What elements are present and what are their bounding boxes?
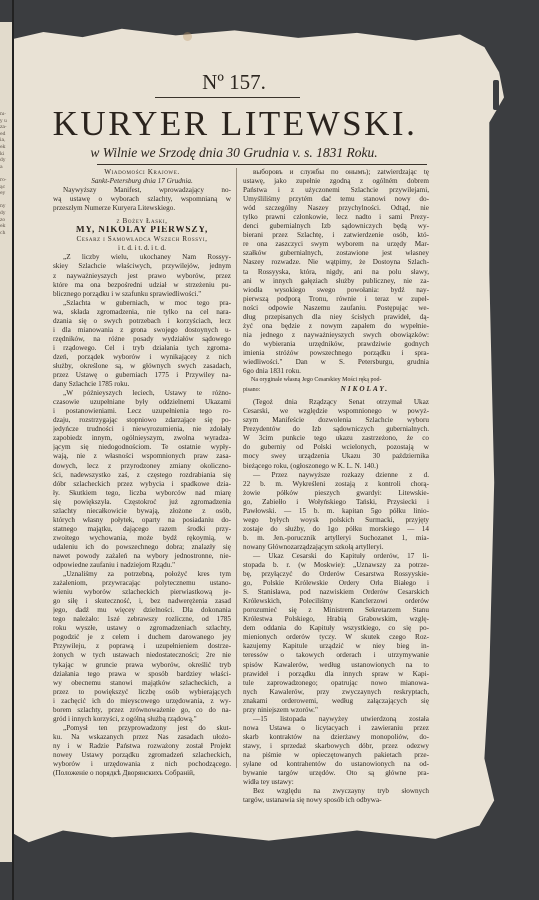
paragraph: „W późnieyszych leciech, Ustawy te różno… <box>53 389 231 570</box>
paragraph: —15 listopada naywyżey utwierdzoną zosta… <box>243 715 429 787</box>
section-heading: Wiadomości Krajowe. <box>53 168 231 177</box>
paragraph: „Z liczby wielu, ukochaney Nam Rossyy-sk… <box>53 253 231 298</box>
paragraph: — Przez naywyższe rozkazy dzienne z d.22… <box>243 471 429 552</box>
text-line: Cesarski, we względzie wspomnionego w po… <box>243 407 429 416</box>
text-line: skarb kontraktów na dzierżawy monopoliów… <box>243 733 429 742</box>
text-line: re ona zaszczyci swym wyborem na urzędy … <box>243 240 429 249</box>
paragraph: Bez względu na zwyczayny tryb słownychta… <box>243 787 429 805</box>
text-line: 22 b. m. Wykreśleni zostają z kontroli c… <box>243 480 429 489</box>
text-line: jącym się niedogodnościom. Te ostatnie w… <box>53 443 231 452</box>
text-line: stopada b. r. (w Moskwie): „Uznawszy za … <box>243 561 429 570</box>
text-line: nawet powody zażaleń na wybory jednostro… <box>53 552 231 561</box>
text-line: Królewskich, Poleciliśmy Kanclerzowi ord… <box>243 597 429 606</box>
text-line: nowey Ustawy porządku zgromadzeń szlache… <box>53 751 231 760</box>
text-line: jego, dadź mu więcey dzielności. Dla dok… <box>53 606 231 615</box>
text-line: działania tego prawa w sposób bardziey w… <box>53 670 231 679</box>
text-line: służby, określone są, w głównych swych z… <box>53 362 231 371</box>
text-line: bierani przez Szlachtę, i zatwierdzenie … <box>243 231 429 240</box>
paper-stain <box>183 32 192 41</box>
text-line: mienionych orderów tyczy. W skutek czego… <box>243 633 429 642</box>
text-line: targów, ustanawia się nowy sposób ich od… <box>243 796 429 805</box>
text-line: dany Szlachcie 1785 roku. <box>53 380 231 389</box>
header-divider <box>97 164 427 165</box>
intro-paragraph: Naywyższy Manifest, wprowadzający no-wą … <box>53 186 231 213</box>
text-line: dem oddania do Kapituły wszystkiego, co … <box>243 624 429 633</box>
text-line: nia jednego z nayważnieyszych swych obow… <box>243 331 429 340</box>
left-column: Wiadomości Krajowe. Sankt-Petersburg dni… <box>53 168 231 778</box>
text-line: roku wyszłe, ustawy o zgromadzeniach szl… <box>53 624 231 633</box>
text-line: wyborów i urzędowania z nich pochodząceg… <box>53 760 231 769</box>
column-divider <box>236 168 237 768</box>
text-line: zwoitego wychowania, może bydź rękoymią,… <box>53 534 231 543</box>
emperor-name: MY, NIKOLAY PIERWSZY, <box>53 226 231 235</box>
text-line: pogodzić je z celem i duchem darowanego … <box>53 633 231 642</box>
text-line: wiodła wysokiego swego powołania: bydź n… <box>243 286 429 295</box>
text-line: żonych w tych ustawach niedostateczności… <box>53 651 231 660</box>
text-line: wają, nie z własności wspomnionych praw … <box>53 452 231 461</box>
paragraph: „Szlachta w guberniach, w moc tego pra-w… <box>53 299 231 389</box>
by-grace: z Bożey Łaski, <box>53 217 231 226</box>
place-date: Sankt-Petersburg dnia 17 Grudnia. <box>53 177 231 186</box>
text-line: „Pomysł ten przyprowadzony jest do skut- <box>53 724 231 733</box>
text-line: dzania się o swych potrzebach i korzyści… <box>53 317 231 326</box>
text-line: Królestwa Polskiego, Hrabią Grabowskim, … <box>243 615 429 624</box>
text-line: Państwa i z użyczonemi Szlachcie przywil… <box>243 186 429 195</box>
text-line: Naywyższy Manifest, wprowadzający no- <box>53 186 231 195</box>
text-line: ani w innych gałęziach służby publiczney… <box>243 277 429 286</box>
text-line: widła tey ustawy: <box>243 778 429 787</box>
text-line: Przywileju, z poprawą i uzupełnieniem do… <box>53 642 231 651</box>
text-line: i zachęcić ich do mieyscowego urzędowani… <box>53 697 231 706</box>
text-line: bieżącego roku, (ogłoszonego w K. L. N. … <box>243 462 429 471</box>
paragraph: выборовъ и службы по онымъ); zatwierdzaj… <box>243 168 429 376</box>
text-line: (Tegoż dnia Rządzący Senat otrzymał Ukaz <box>243 398 429 407</box>
text-line: nych Kawalerów, przy zwyczaynych reskryp… <box>243 688 429 697</box>
text-line: — Przez naywyższe rozkazy dzienne z d. <box>243 471 429 480</box>
previous-page-text-strip: ni- y u za- ed ia, ek ki dy a ro- ąc ey … <box>0 112 10 237</box>
newspaper-title: KURYER LITEWSKI. <box>40 104 430 144</box>
manifest-text: „Z liczby wielu, ukochaney Nam Rossyy-sk… <box>53 253 231 778</box>
text-line: wy obecnemu stanowi majątków szlacheckic… <box>53 679 231 688</box>
text-line: i postanowieniami. Lecz uzupełnienia teg… <box>53 407 231 416</box>
text-line: statnego majątku, dającego razem środki … <box>53 525 231 534</box>
text-line: z nayważnieyszych jest prawo wyborów, pr… <box>53 272 231 281</box>
text-line: jedyńcze trudności i niewyrozumienia, ni… <box>53 425 231 434</box>
paper-tear <box>493 80 499 110</box>
text-line: rzędników, na różne posady wydziałów sąd… <box>53 335 231 344</box>
paragraph: — Ukaz Cesarski do Kapituły orderów, 17 … <box>243 552 429 715</box>
text-line: Prezydentów do Izb sądowniczych gubernia… <box>243 425 429 434</box>
text-line: wieniu wyborów szlacheckich pierwiastkow… <box>53 588 231 597</box>
text-line: Umyśliliśmy przytém dać temu stanowi now… <box>243 195 429 204</box>
text-line: wą ustawę o wyborach szlachty, wspomnian… <box>53 195 231 204</box>
text-line: prawideł i porządku dla innych spraw w K… <box>243 670 429 679</box>
text-line: udaleniu ich do powszechnego dobra; znal… <box>53 543 231 552</box>
text-line: borem szlachty, przez zrównoważenie go, … <box>53 706 231 715</box>
text-line: znakami orderowemi, według załączających… <box>243 697 429 706</box>
text-line: wód szczególny Naszey przychylności. Odt… <box>243 204 429 213</box>
text-line: teressów o takowych orderach i utrzymywa… <box>243 651 429 660</box>
text-line: (Положеніе о порядкѣ Дворянскихъ Собрані… <box>53 769 231 778</box>
text-line: „Z liczby wielu, ukochaney Nam Rossyy- <box>53 253 231 262</box>
text-line: do wybierania urzędników, prawdziwie god… <box>243 340 429 349</box>
signature-note: Na oryginale własną Jego Cesarskiey Mośc… <box>243 376 429 385</box>
text-line: blicznego porządku i w szafunku sprawied… <box>53 290 231 299</box>
text-line: denci gubernialnych Izb sądowniczych będ… <box>243 222 429 231</box>
text-line: dług przepisanych dla niey ścisłych praw… <box>243 313 429 322</box>
text-line: przeszłym Numerze Kuryera Litewskiego. <box>53 204 231 213</box>
paragraph: „Pomysł ten przyprowadzony jest do skut-… <box>53 724 231 778</box>
text-line: 6go dnia 1831 roku. <box>243 367 429 376</box>
text-line: wa, składa zgromadzenia, nie tylko na ce… <box>53 308 231 317</box>
text-line: zapobiedz innym, ogólnieyszym, zwolna wy… <box>53 434 231 443</box>
masthead-rule <box>155 97 300 98</box>
text-line: ły. Skutkiem tego, liczba wyborców nad m… <box>53 489 231 498</box>
text-line: syłane od kontrahentów do ustanowionych … <box>243 760 429 769</box>
text-line: wego byłych woysk polskich Surmacki, prz… <box>243 516 429 525</box>
text-line: ku. Na wskazanych przez Nas zasadach uło… <box>53 733 231 742</box>
text-line: ustawę, jako zupełnie zgodną z ogólném d… <box>243 177 429 186</box>
text-line: W 3cim punkcie tego ukazu zastrzeżono, ż… <box>243 434 429 443</box>
news-items: (Tegoż dnia Rządzący Senat otrzymał Ukaz… <box>243 398 429 805</box>
dateline: w Wilnie we Srzodę dnia 30 Grudnia v. s.… <box>54 145 414 161</box>
text-line: tego należało: 1szé zebrawszy rozliczne,… <box>53 615 231 624</box>
text-line: szałków gubernialnych, zostawione jest w… <box>243 249 429 258</box>
text-line: — Ukaz Cesarski do Kapituły orderów, 17 … <box>243 552 429 561</box>
text-line: dowych, lecz z przyrodzoney zmiany okoli… <box>53 462 231 471</box>
text-line: odpowiedne zaufaniu i nadziejom Rządu." <box>53 561 231 570</box>
signature-row: pisano: NIKOLAY. <box>243 385 429 395</box>
text-line: ta Rossyyska, która, nigdy, ani na polu … <box>243 268 429 277</box>
text-line: żyć ona będzie z nowym zapałem do wypełn… <box>243 322 429 331</box>
text-line: „W późnieyszych leciech, Ustawy te różno… <box>53 389 231 398</box>
issue-number: Nº 157. <box>194 70 274 95</box>
text-line: Naszey rozwadze. Nie wątpimy, że Dostoyn… <box>243 258 429 267</box>
text-line: żowie półków pieszych gwardyi: Litewskie… <box>243 489 429 498</box>
text-line: wiedliwości." Dan w S. Petersburgu, grud… <box>243 358 429 367</box>
text-line: do guberniy od Polski wcielonych, pozost… <box>243 443 429 452</box>
manifest-continuation: выборовъ и службы по онымъ); zatwierdzaj… <box>243 168 429 376</box>
text-line: czasowie uzupełniane były oddzielnemi Uk… <box>53 398 231 407</box>
text-line: na piśmie w opieczętowanych pakietach pr… <box>243 751 429 760</box>
text-line: przez Ustawę o guberniach 1775 i Przywil… <box>53 371 231 380</box>
text-line: przy niniejszem wzorów." <box>243 706 429 715</box>
text-line: mocy swey urządzenia Ukazu 30 październi… <box>243 452 429 461</box>
text-line: zostaje do służby, do 1go półku morskieg… <box>243 525 429 534</box>
text-line: tykając w gruncie prawa wyborów, określi… <box>53 661 231 670</box>
etc-line: i t. d. i t. d. i t. d. <box>53 244 231 253</box>
text-line: go siłę i skuteczność, i, bez nadwerężen… <box>53 597 231 606</box>
right-column: выборовъ и службы по онымъ); zatwierdzaj… <box>243 168 429 805</box>
text-line: szlachty niecałkowicie bywają, złożone z… <box>53 507 231 516</box>
text-line: nowany Głównozarządzającym szkołą artyll… <box>243 543 429 552</box>
text-line: Bez względu na zwyczayny tryb słownych <box>243 787 429 796</box>
text-line: pierwszą podporą Tronu, równie i teraz w… <box>243 295 429 304</box>
text-line: dzaju, rozstrzygając stopniowo zdarzając… <box>53 416 231 425</box>
text-line: i dla mianowania z grona swojego dostoyn… <box>53 326 231 335</box>
text-line: Pawłowski. — 15 b. m. kapitan 5go półku … <box>243 507 429 516</box>
text-line: których własny połytek, oparty na posiad… <box>53 516 231 525</box>
text-line: porozumieć się z Ministrem Sekretarzem S… <box>243 606 429 615</box>
text-line: „Szlachta w guberniach, w moc tego pra- <box>53 299 231 308</box>
text-line: dzeń, porządek wyborów i wynikającey z n… <box>53 353 231 362</box>
text-line: bywanie targów urzędów. Oto są główne pr… <box>243 769 429 778</box>
binding-spine <box>12 0 14 900</box>
text-line: S. Stanisława, pod nazwiskiem Orderów Ce… <box>243 588 429 597</box>
text-line: tule zaprowadzonego; opatrując nowo mian… <box>243 679 429 688</box>
text-line: выборовъ и службы по онымъ); zatwierdzaj… <box>243 168 429 177</box>
signature-note-2: pisano: <box>243 387 260 393</box>
text-line: szym Manifeście dozwolenia Szlachcie wyb… <box>243 416 429 425</box>
emperor-title: Cesarz i Samowładca Wszech Rossyi, <box>53 235 231 244</box>
text-line: kazujemy Kapitule urządzić w niey bieg i… <box>243 642 429 651</box>
text-line: b. m. Jen.-porucznik artylleryi Suchozan… <box>243 534 429 543</box>
text-line: spisów Kawalerów, według ustanowionych n… <box>243 661 429 670</box>
text-line: „Uznaliśmy za potrzebną, położyć kres ty… <box>53 570 231 579</box>
text-line: ści, nadewszystko zaś, z częstego rozdra… <box>53 471 231 480</box>
text-line: bę, przyłączyć do Orderów Cesarstwa Ross… <box>243 570 429 579</box>
text-line: się powiększyła. Częstokroć już zgromadz… <box>53 498 231 507</box>
paragraph: „Uznaliśmy za potrzebną, położyć kres ty… <box>53 570 231 724</box>
signature: NIKOLAY. <box>341 385 429 394</box>
text-line: imienia stróżów powszechnego porządku i … <box>243 349 429 358</box>
text-line: skiey Szlachcie właściwych, przywilejów,… <box>53 262 231 271</box>
text-line: ny i w Radzie Państwa rozważony został P… <box>53 742 231 751</box>
text-line: tylko prawni członkowie, lecz nadto i sa… <box>243 213 429 222</box>
text-line: zażaleniom, przywracając polytecznemu us… <box>53 579 231 588</box>
text-line: gród i innych korzyści, z ogólną służbą … <box>53 715 231 724</box>
text-line: przez to powiększyć liczbę osób wybieraj… <box>53 688 231 697</box>
text-line: ności odpowie Naszemu zaufaniu. Postępuj… <box>243 304 429 313</box>
text-line: go, Zabiełło i Wołyńskiego Tański, Przys… <box>243 498 429 507</box>
text-line: i rządowego. Cel i tryb działania tych z… <box>53 344 231 353</box>
text-line: —15 listopada naywyżey utwierdzoną zosta… <box>243 715 429 724</box>
text-line: dóbr szlacheckich przez wybycia i spadko… <box>53 480 231 489</box>
text-line: które ma ona bezpośredni udział w strzeż… <box>53 281 231 290</box>
text-line: stawy, i sprzedaż skarbowych dóbr, przez… <box>243 742 429 751</box>
text-line: nowa Ustawa o licytacyach i zawieraniu p… <box>243 724 429 733</box>
paragraph: (Tegoż dnia Rządzący Senat otrzymał Ukaz… <box>243 398 429 470</box>
text-line: go, Polskie Królewskie Ordery Orła Białe… <box>243 579 429 588</box>
